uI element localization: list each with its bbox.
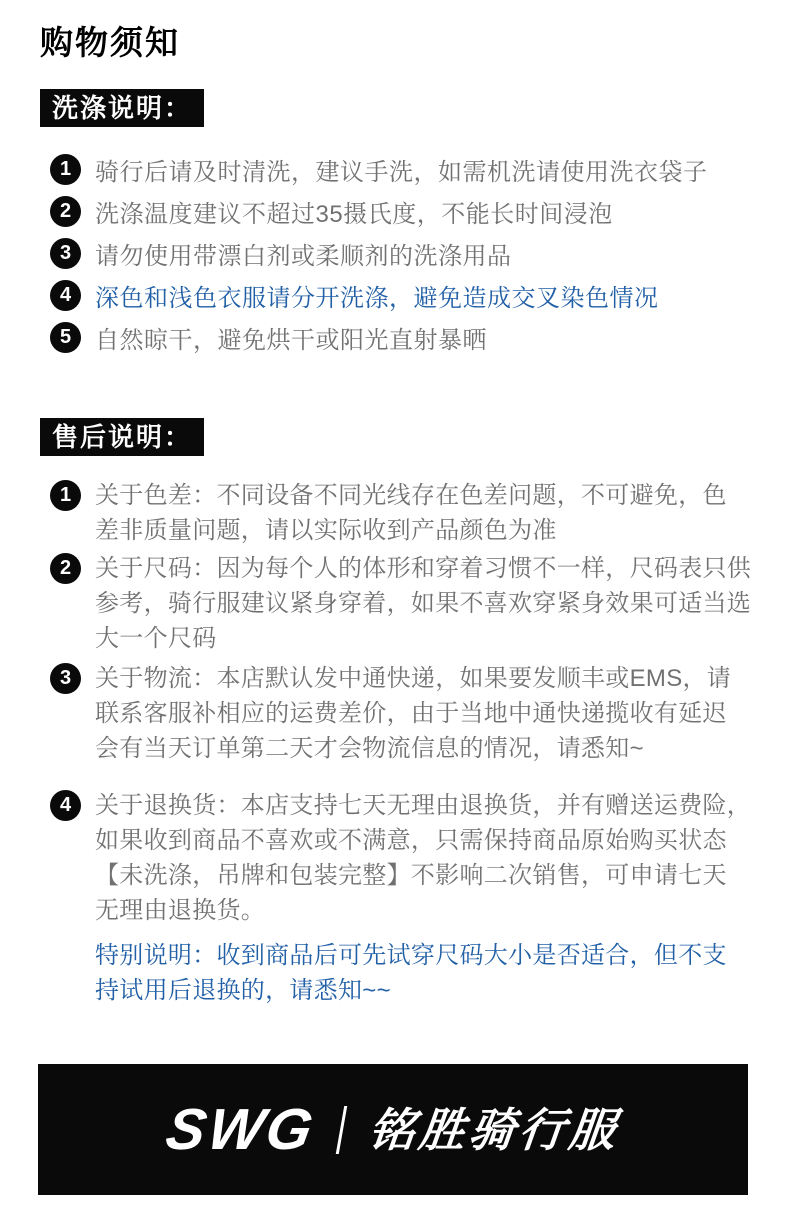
aftersale-item: 1 关于色差：不同设备不同光线存在色差问题，不可避免，色 差非质量问题，请以实际… xyxy=(50,478,727,548)
text-line: 特别说明：收到商品后可先试穿尺码大小是否适合，但不支 xyxy=(95,938,727,973)
text-line: 关于退换货：本店支持七天无理由退换货，并有赠送运费险， xyxy=(95,788,751,823)
washing-item-text: 自然晾干，避免烘干或阳光直射暴晒 xyxy=(95,320,487,355)
item-number-badge: 2 xyxy=(50,553,81,584)
aftersale-item-text: 关于物流：本店默认发中通快递，如果要发顺丰或EMS，请 联系客服补相应的运费差价… xyxy=(95,661,731,766)
aftersale-item-text: 关于退换货：本店支持七天无理由退换货，并有赠送运费险， 如果收到商品不喜欢或不满… xyxy=(95,788,751,928)
aftersale-item: 2 关于尺码：因为每个人的体形和穿着习惯不一样，尺码表只供 参考，骑行服建议紧身… xyxy=(50,551,751,656)
page-title: 购物须知 xyxy=(40,26,180,59)
item-number-badge: 3 xyxy=(50,663,81,694)
washing-item-text: 骑行后请及时清洗，建议手洗，如需机洗请使用洗衣袋子 xyxy=(95,152,708,187)
text-line: 关于物流：本店默认发中通快递，如果要发顺丰或EMS，请 xyxy=(95,661,731,696)
aftersale-item-text: 关于尺码：因为每个人的体形和穿着习惯不一样，尺码表只供 参考，骑行服建议紧身穿着… xyxy=(95,551,751,656)
washing-item-text: 请勿使用带漂白剂或柔顺剂的洗涤用品 xyxy=(95,236,512,271)
text-line: 【未洗涤，吊牌和包装完整】不影响二次销售，可申请七天 xyxy=(95,858,751,893)
washing-item: 2 洗涤温度建议不超过35摄氏度，不能长时间浸泡 xyxy=(50,190,708,232)
text-line: 参考，骑行服建议紧身穿着，如果不喜欢穿紧身效果可适当选 xyxy=(95,586,751,621)
washing-item-text: 深色和浅色衣服请分开洗涤，避免造成交叉染色情况 xyxy=(95,278,659,313)
washing-list: 1 骑行后请及时清洗，建议手洗，如需机洗请使用洗衣袋子 2 洗涤温度建议不超过3… xyxy=(50,148,708,358)
washing-item: 5 自然晾干，避免烘干或阳光直射暴晒 xyxy=(50,316,708,358)
brand-footer-banner: SWG 铭胜骑行服 xyxy=(38,1064,748,1195)
item-number-badge: 4 xyxy=(50,280,81,311)
brand-name-chinese: 铭胜骑行服 xyxy=(367,1107,622,1153)
washing-item: 1 骑行后请及时清洗，建议手洗，如需机洗请使用洗衣袋子 xyxy=(50,148,708,190)
item-number-badge: 1 xyxy=(50,480,81,511)
item-number-badge: 2 xyxy=(50,196,81,227)
washing-section-label: 洗涤说明： xyxy=(40,89,204,127)
aftersale-item: 3 关于物流：本店默认发中通快递，如果要发顺丰或EMS，请 联系客服补相应的运费… xyxy=(50,661,731,766)
text-line: 差非质量问题，请以实际收到产品颜色为准 xyxy=(95,513,727,548)
item-number-badge: 5 xyxy=(50,322,81,353)
text-line: 如果收到商品不喜欢或不满意，只需保持商品原始购买状态 xyxy=(95,823,751,858)
text-line: 会有当天订单第二天才会物流信息的情况，请悉知~ xyxy=(95,731,731,766)
washing-item-highlighted: 4 深色和浅色衣服请分开洗涤，避免造成交叉染色情况 xyxy=(50,274,708,316)
item-number-badge: 3 xyxy=(50,238,81,269)
item-number-badge: 1 xyxy=(50,154,81,185)
text-line: 关于色差：不同设备不同光线存在色差问题，不可避免，色 xyxy=(95,478,727,513)
item-number-badge: 4 xyxy=(50,790,81,821)
aftersale-section-label: 售后说明： xyxy=(40,418,204,456)
brand-logo-swg: SWG xyxy=(162,1101,320,1159)
aftersale-item-text: 关于色差：不同设备不同光线存在色差问题，不可避免，色 差非质量问题，请以实际收到… xyxy=(95,478,727,548)
special-note: 特别说明：收到商品后可先试穿尺码大小是否适合，但不支 持试用后退换的，请悉知~~ xyxy=(95,938,727,1008)
text-line: 持试用后退换的，请悉知~~ xyxy=(95,973,727,1008)
text-line: 关于尺码：因为每个人的体形和穿着习惯不一样，尺码表只供 xyxy=(95,551,751,586)
text-line: 联系客服补相应的运费差价，由于当地中通快递揽收有延迟 xyxy=(95,696,731,731)
text-line: 大一个尺码 xyxy=(95,621,751,656)
aftersale-item: 4 关于退换货：本店支持七天无理由退换货，并有赠送运费险， 如果收到商品不喜欢或… xyxy=(50,788,751,928)
brand-separator-bar xyxy=(336,1106,347,1154)
washing-item: 3 请勿使用带漂白剂或柔顺剂的洗涤用品 xyxy=(50,232,708,274)
text-line: 无理由退换货。 xyxy=(95,893,751,928)
washing-item-text: 洗涤温度建议不超过35摄氏度，不能长时间浸泡 xyxy=(95,194,613,229)
